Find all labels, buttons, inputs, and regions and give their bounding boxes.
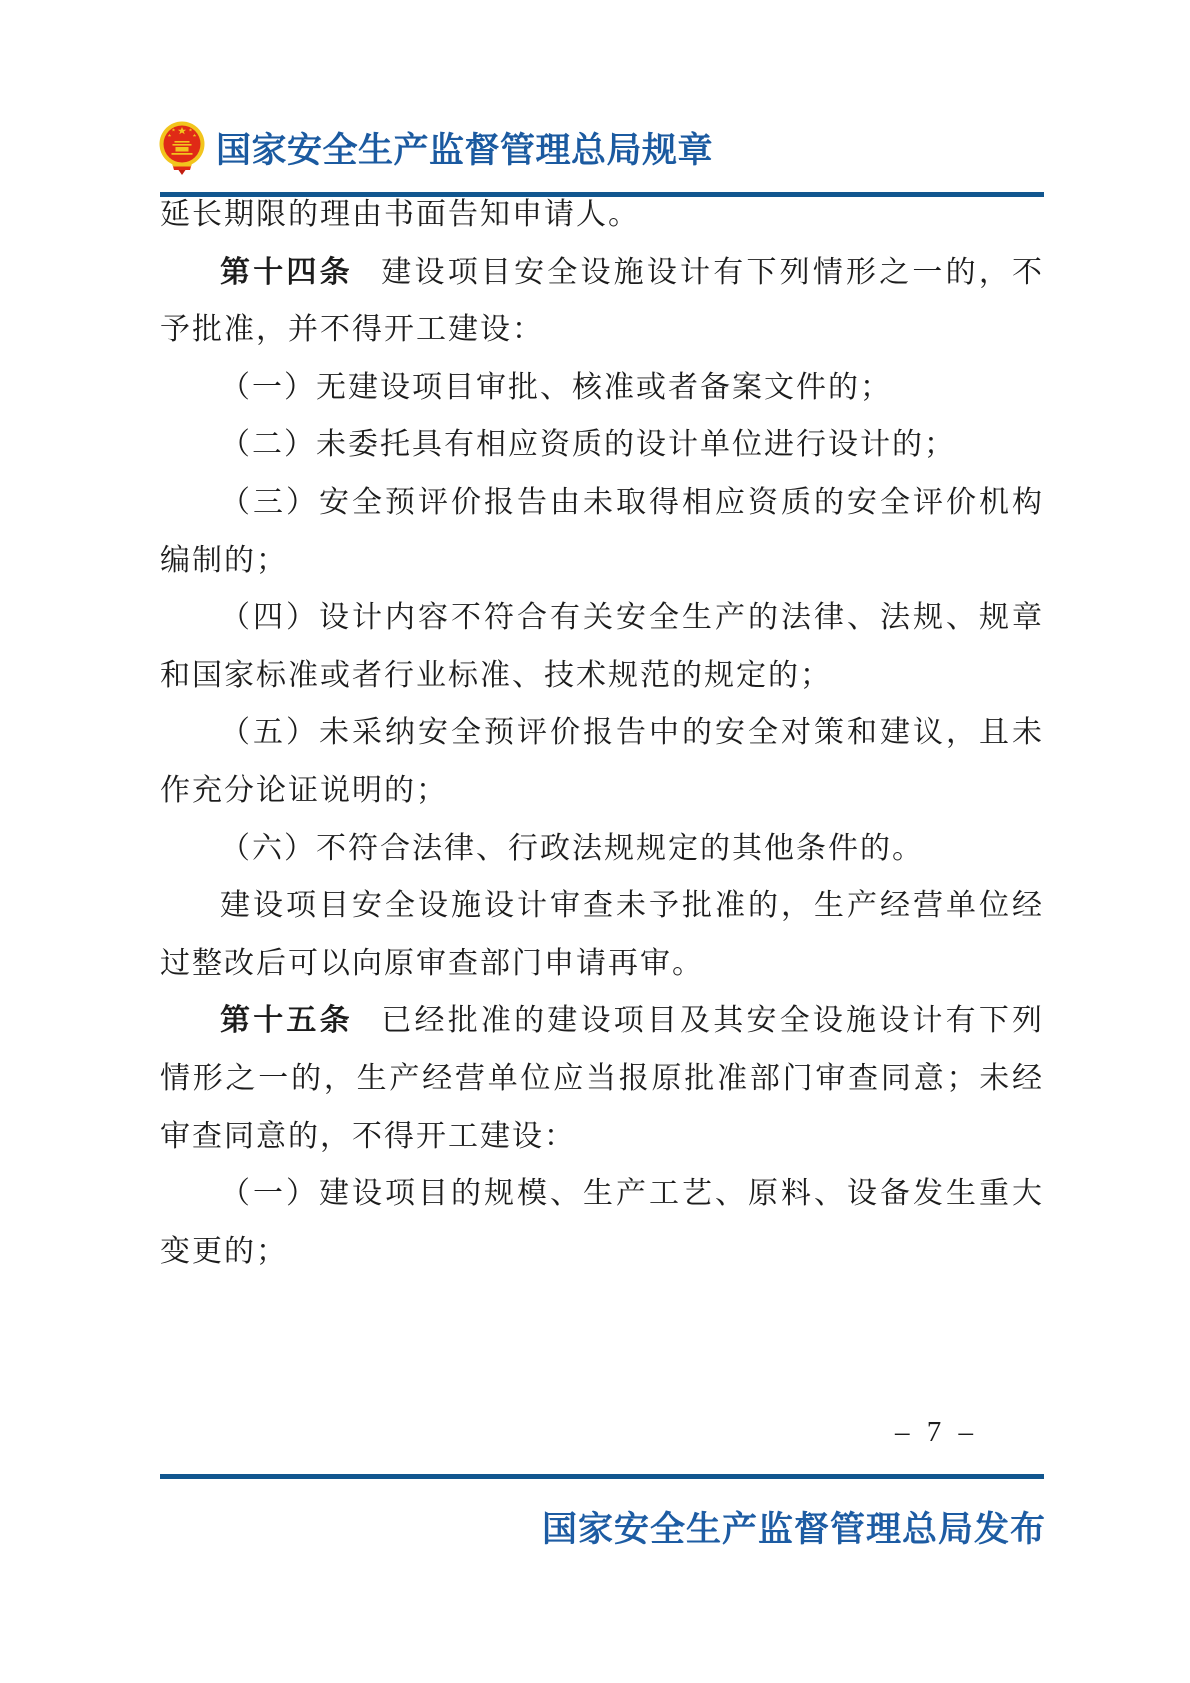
paragraph-text: （五）未采纳安全预评价报告中的安全对策和建议，且未作充分论证说明的； — [160, 716, 1044, 807]
page-number: – 7 – — [895, 1416, 978, 1449]
paragraph-article-15: 第十五条已经批准的建设项目及其安全设施设计有下列情形之一的，生产经营单位应当报原… — [160, 992, 1044, 1165]
paragraph-text: （二）未委托具有相应资质的设计单位进行设计的； — [220, 428, 956, 461]
paragraph-text: （四）设计内容不符合有关安全生产的法律、法规、规章和国家标准或者行业标准、技术规… — [160, 601, 1044, 692]
paragraph: 延长期限的理由书面告知申请人。 — [160, 186, 1044, 244]
footer-rule — [160, 1474, 1044, 1479]
masthead: 国家安全生产监督管理总局规章 — [157, 120, 713, 176]
paragraph-item-3: （三）安全预评价报告由未取得相应资质的安全评价机构编制的； — [160, 474, 1044, 589]
paragraph-item-2: （二）未委托具有相应资质的设计单位进行设计的； — [160, 416, 1044, 474]
paragraph-item-1: （一）建设项目的规模、生产工艺、原料、设备发生重大变更的； — [160, 1165, 1044, 1280]
paragraph-text: 建设项目安全设施设计审查未予批准的，生产经营单位经过整改后可以向原审查部门申请再… — [160, 889, 1044, 980]
article-number: 第十四条 — [220, 256, 353, 289]
paragraph: 建设项目安全设施设计审查未予批准的，生产经营单位经过整改后可以向原审查部门申请再… — [160, 877, 1044, 992]
document-page: 国家安全生产监督管理总局规章 延长期限的理由书面告知申请人。 第十四条建设项目安… — [0, 0, 1190, 1683]
masthead-title: 国家安全生产监督管理总局规章 — [216, 123, 713, 173]
paragraph-text: （一）建设项目的规模、生产工艺、原料、设备发生重大变更的； — [160, 1177, 1044, 1268]
paragraph-text: （六）不符合法律、行政法规规定的其他条件的。 — [220, 832, 924, 865]
document-body: 延长期限的理由书面告知申请人。 第十四条建设项目安全设施设计有下列情形之一的，不… — [160, 186, 1044, 1280]
paragraph-item-4: （四）设计内容不符合有关安全生产的法律、法规、规章和国家标准或者行业标准、技术规… — [160, 589, 1044, 704]
paragraph-text: （一）无建设项目审批、核准或者备案文件的； — [220, 371, 892, 404]
paragraph-item-6: （六）不符合法律、行政法规规定的其他条件的。 — [160, 820, 1044, 878]
paragraph-item-5: （五）未采纳安全预评价报告中的安全对策和建议，且未作充分论证说明的； — [160, 704, 1044, 819]
paragraph-text: （三）安全预评价报告由未取得相应资质的安全评价机构编制的； — [160, 486, 1044, 577]
article-number: 第十五条 — [220, 1004, 353, 1037]
paragraph-article-14: 第十四条建设项目安全设施设计有下列情形之一的，不予批准，并不得开工建设： — [160, 244, 1044, 359]
paragraph-text: 延长期限的理由书面告知申请人。 — [160, 198, 640, 231]
footer-publisher: 国家安全生产监督管理总局发布 — [542, 1502, 1046, 1552]
china-national-emblem-icon — [157, 120, 207, 176]
paragraph-item-1: （一）无建设项目审批、核准或者备案文件的； — [160, 359, 1044, 417]
